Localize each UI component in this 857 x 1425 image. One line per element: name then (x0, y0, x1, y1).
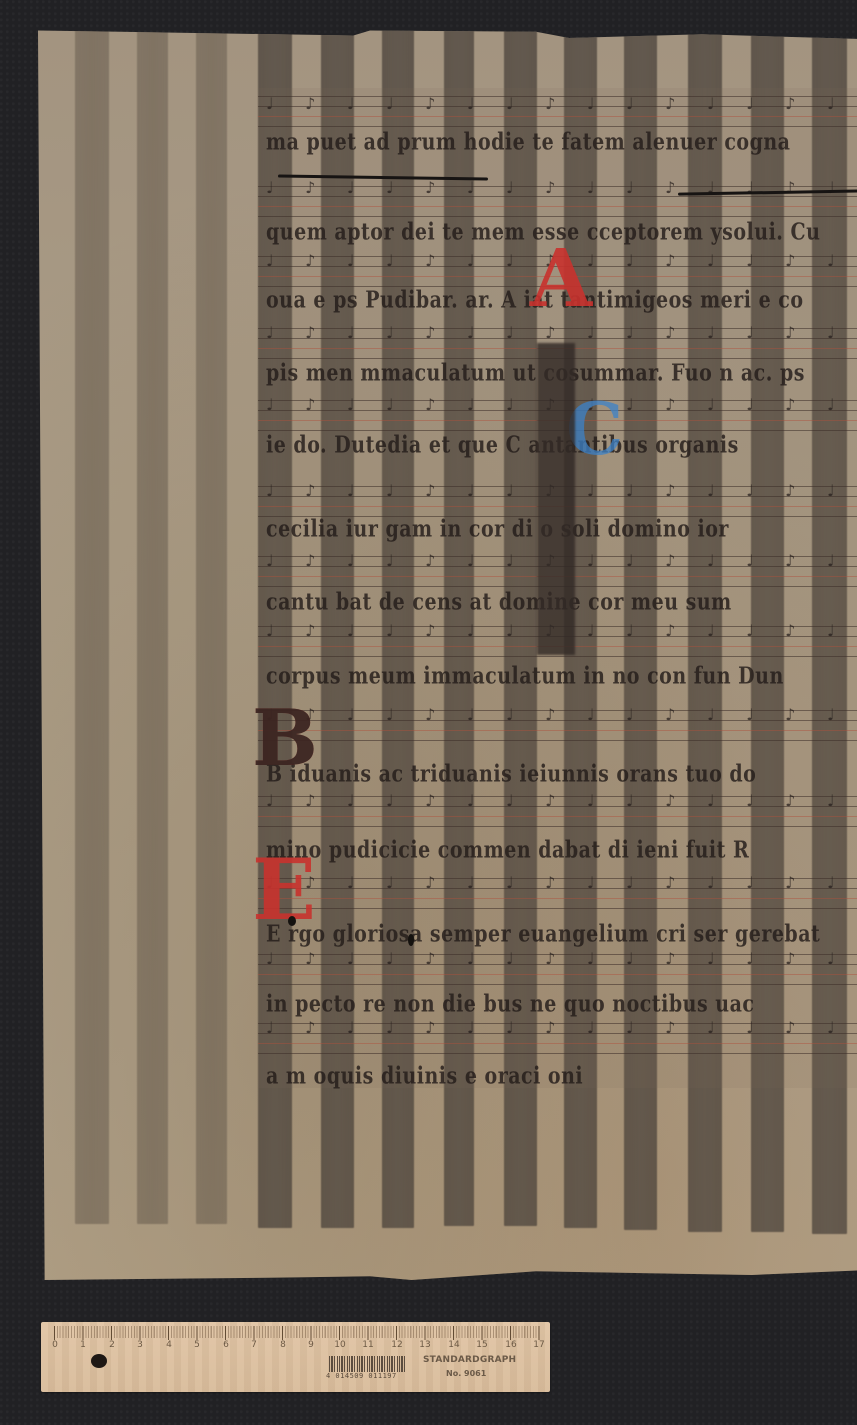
neume-row: ♩ ♪ ♩ ♩ ♪ ♩ ♩ ♪ ♩ ♩ ♪ ♩ ♩ ♪ ♩ ♩ ♪ ♩ ♩ ♪ … (266, 94, 857, 113)
ruler-model: No. 9061 (446, 1369, 486, 1378)
text-line: mino pudicicie commen dabat di ieni fuit… (266, 836, 857, 864)
ruler-label: 15 (476, 1340, 487, 1350)
ruler-label: 11 (362, 1340, 373, 1350)
barcode-number: 4 014509 011197 (326, 1372, 397, 1380)
scale-ruler: 0 1 2 3 4 5 6 7 8 9 10 11 12 13 14 15 16… (41, 1322, 550, 1392)
ruler-label: 12 (391, 1340, 402, 1350)
text-line: B iduanis ac triduanis ieiunnis orans tu… (266, 760, 857, 788)
ruler-cm-ticks (54, 1326, 540, 1340)
manuscript-parchment: ♩ ♪ ♩ ♩ ♪ ♩ ♩ ♪ ♩ ♩ ♪ ♩ ♩ ♪ ♩ ♩ ♪ ♩ ♩ ♪ … (38, 28, 857, 1280)
stripe (75, 28, 109, 1224)
ruler-label: 1 (80, 1340, 86, 1350)
neume-row: ♩ ♪ ♩ ♩ ♪ ♩ ♩ ♪ ♩ ♩ ♪ ♩ ♩ ♪ ♩ ♩ ♪ ♩ ♩ ♪ … (266, 323, 857, 342)
neume-row: ♩ ♪ ♩ ♩ ♪ ♩ ♩ ♪ ♩ ♩ ♪ ♩ ♩ ♪ ♩ ♩ ♪ ♩ ♩ ♪ … (266, 949, 857, 968)
barcode (329, 1356, 407, 1372)
stripe (196, 28, 227, 1224)
ruler-label: 2 (109, 1340, 115, 1350)
ruler-label: 7 (251, 1340, 257, 1350)
stripe (137, 28, 168, 1224)
ruler-label: 13 (419, 1340, 430, 1350)
initial-e-red: E (252, 848, 316, 932)
ruler-label: 5 (194, 1340, 200, 1350)
damage-hole (288, 916, 296, 926)
ruler-label: 16 (505, 1340, 516, 1350)
ruler-label: 8 (280, 1340, 286, 1350)
text-line: E rgo gloriosa semper euangelium cri ser… (266, 920, 857, 948)
neume-row: ♩ ♪ ♩ ♩ ♪ ♩ ♩ ♪ ♩ ♩ ♪ ♩ ♩ ♪ ♩ ♩ ♪ ♩ ♩ ♪ … (266, 178, 857, 197)
initial-b-decorated: B (252, 700, 318, 778)
ruler-label: 10 (334, 1340, 345, 1350)
neume-row: ♩ ♪ ♩ ♩ ♪ ♩ ♩ ♪ ♩ ♩ ♪ ♩ ♩ ♪ ♩ ♩ ♪ ♩ ♩ ♪ … (266, 873, 857, 892)
ruler-brand: STANDARDGRAPH (423, 1355, 516, 1365)
text-line: ma puet ad prum hodie te fatem alenuer c… (266, 128, 857, 156)
dark-stain-band (537, 343, 575, 655)
ruler-label: 6 (223, 1340, 229, 1350)
neume-row: ♩ ♪ ♩ ♩ ♪ ♩ ♩ ♪ ♩ ♩ ♪ ♩ ♩ ♪ ♩ ♩ ♪ ♩ ♩ ♪ … (266, 791, 857, 810)
ruler-label: 9 (308, 1340, 314, 1350)
neume-row: ♩ ♪ ♩ ♩ ♪ ♩ ♩ ♪ ♩ ♩ ♪ ♩ ♩ ♪ ♩ ♩ ♪ ♩ ♩ ♪ … (266, 1018, 857, 1037)
ruler-hang-hole (91, 1354, 107, 1368)
ruler-label: 17 (533, 1340, 544, 1350)
ruler-label: 3 (137, 1340, 143, 1350)
damage-hole (408, 934, 414, 946)
text-line: in pecto re non die bus ne quo noctibus … (266, 990, 857, 1018)
ruler-label: 4 (166, 1340, 172, 1350)
initial-a-red: A (530, 238, 592, 318)
text-line: a m oquis diuinis e oraci oni (266, 1062, 857, 1090)
ruler-label: 0 (52, 1340, 58, 1350)
ruler-label: 14 (448, 1340, 459, 1350)
text-line: corpus meum immaculatum in no con fun Du… (266, 662, 857, 690)
neume-row: ♩ ♪ ♩ ♩ ♪ ♩ ♩ ♪ ♩ ♩ ♪ ♩ ♩ ♪ ♩ ♩ ♪ ♩ ♩ ♪ … (266, 705, 857, 724)
